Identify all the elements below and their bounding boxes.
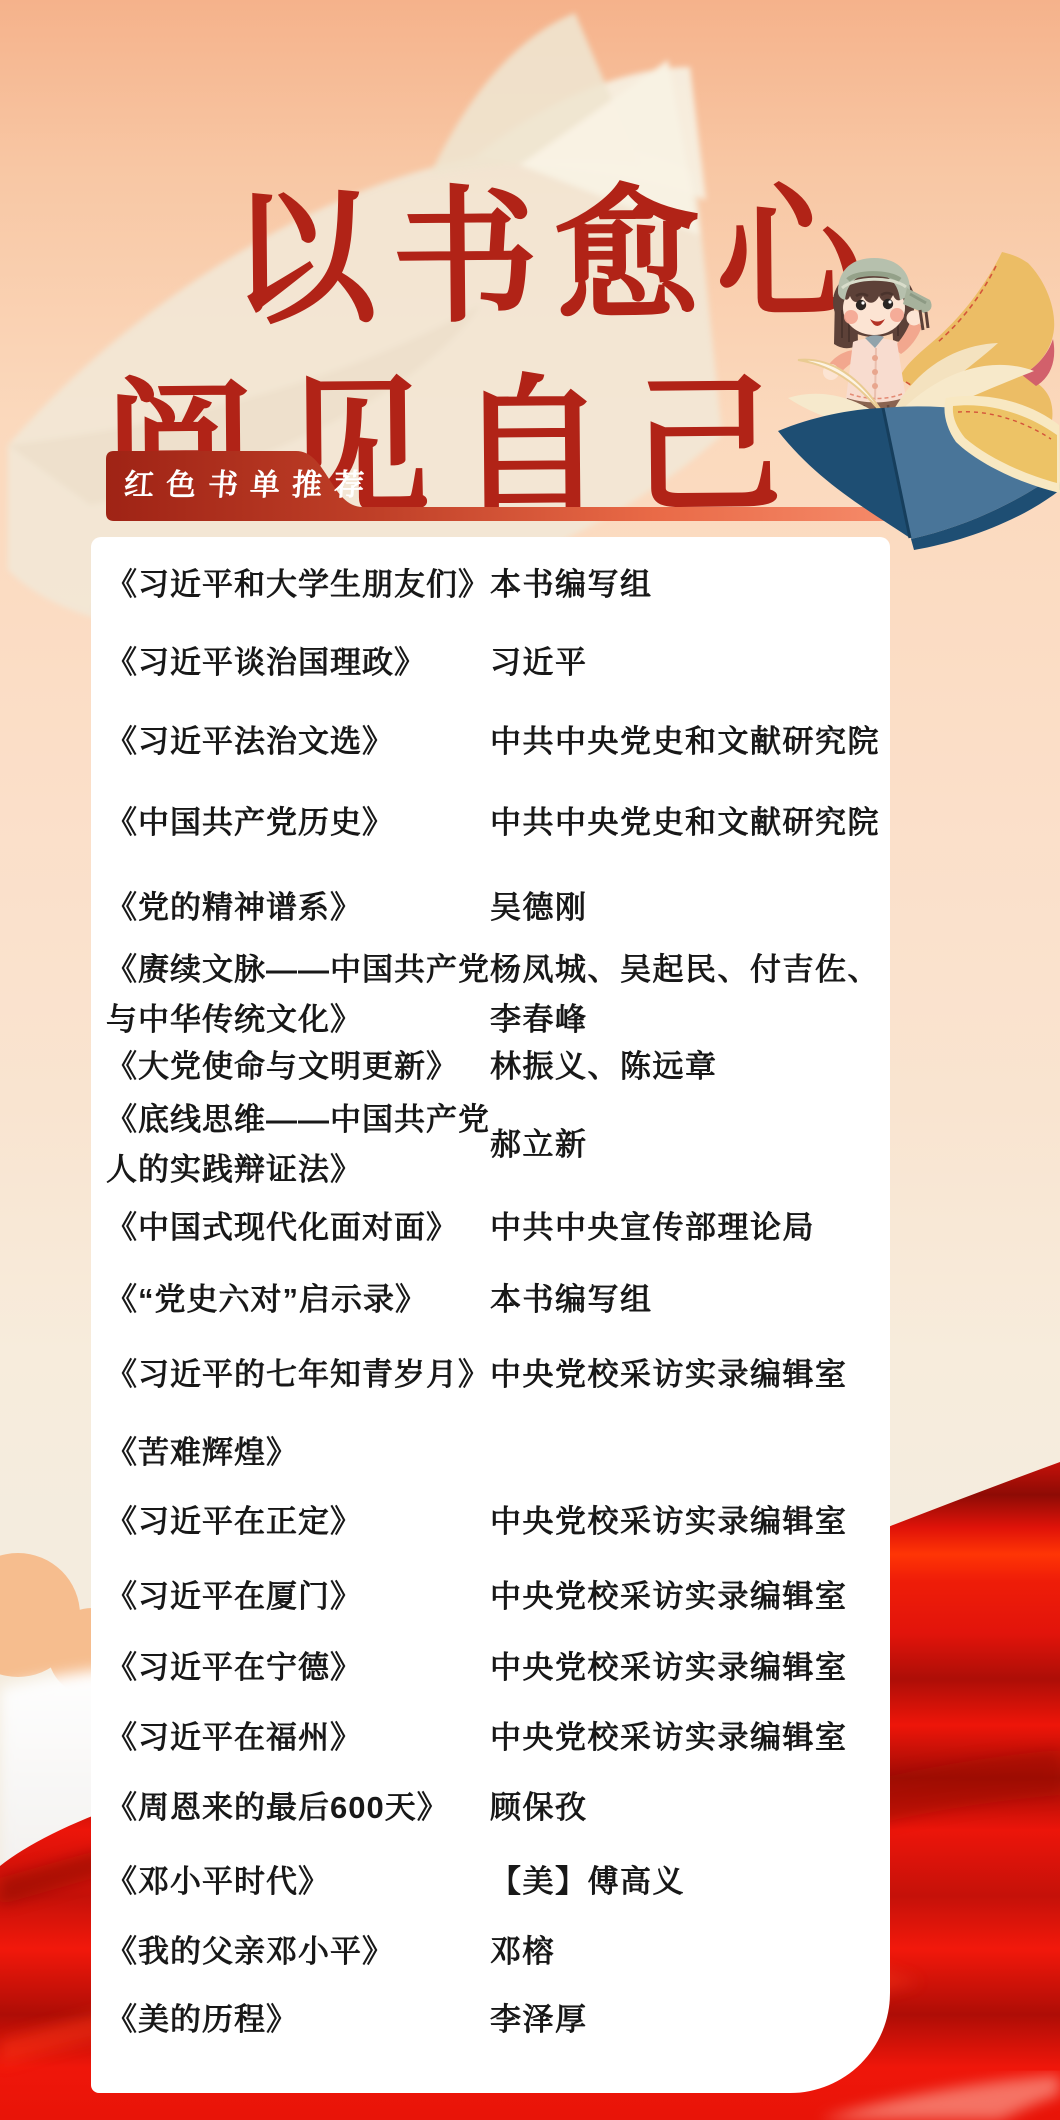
book-author: 中央党校采访实录编辑室 bbox=[490, 1350, 848, 1400]
book-author: 吴德刚 bbox=[490, 883, 588, 933]
book-author: 中共中央党史和文献研究院 bbox=[490, 798, 880, 848]
poster: 以书愈心 阅见自己 《习近平和大学生朋友们》本书编写组《习近平谈治国理政》习近平… bbox=[0, 0, 1060, 2120]
book-author: 顾保孜 bbox=[490, 1783, 588, 1833]
book-author: 杨凤城、吴起民、付吉佐、 李春峰 bbox=[490, 945, 880, 1045]
book-title: 《赓续文脉——中国共产党 与中华传统文化》 bbox=[106, 945, 490, 1045]
book-author: 中共中央党史和文献研究院 bbox=[490, 717, 880, 767]
book-title: 《底线思维——中国共产党 人的实践辩证法》 bbox=[106, 1095, 490, 1195]
book-author: 本书编写组 bbox=[490, 1275, 653, 1325]
yellow-cape-icon bbox=[899, 252, 1054, 479]
book-author: 李泽厚 bbox=[490, 1995, 588, 2045]
book-title: 《习近平谈治国理政》 bbox=[106, 638, 426, 688]
book-title: 《习近平和大学生朋友们》 bbox=[106, 560, 490, 610]
book-title: 《习近平在福州》 bbox=[106, 1713, 362, 1763]
book-author: 【美】傅高义 bbox=[490, 1857, 685, 1907]
book-title: 《周恩来的最后600天》 bbox=[106, 1783, 449, 1833]
book-title: 《习近平在宁德》 bbox=[106, 1643, 362, 1693]
book-list-card: 《习近平和大学生朋友们》本书编写组《习近平谈治国理政》习近平《习近平法治文选》中… bbox=[91, 537, 890, 2093]
book-title: 《中国共产党历史》 bbox=[106, 798, 394, 848]
book-author: 邓榕 bbox=[490, 1927, 555, 1977]
book-author: 中央党校采访实录编辑室 bbox=[490, 1713, 848, 1763]
book-title: 《习近平的七年知青岁月》 bbox=[106, 1350, 490, 1400]
book-title: 《美的历程》 bbox=[106, 1995, 298, 2045]
book-author: 林振义、陈远章 bbox=[490, 1042, 718, 1092]
book-title: 《大党使命与文明更新》 bbox=[106, 1042, 458, 1092]
book-title: 《习近平在厦门》 bbox=[106, 1572, 362, 1622]
poster-title-line1: 以书愈心 bbox=[229, 181, 878, 333]
book-author: 中央党校采访实录编辑室 bbox=[490, 1643, 848, 1693]
book-author: 本书编写组 bbox=[490, 560, 653, 610]
book-title: 《习近平法治文选》 bbox=[106, 717, 394, 767]
book-author: 中央党校采访实录编辑室 bbox=[490, 1497, 848, 1547]
book-rows: 《习近平和大学生朋友们》本书编写组《习近平谈治国理政》习近平《习近平法治文选》中… bbox=[91, 537, 890, 2093]
book-title: 《邓小平时代》 bbox=[106, 1857, 330, 1907]
book-title: 《中国式现代化面对面》 bbox=[106, 1203, 458, 1253]
book-author: 中央党校采访实录编辑室 bbox=[490, 1572, 848, 1622]
section-banner-label: 红色书单推荐 bbox=[122, 464, 377, 508]
yellow-page-wing-icon bbox=[944, 396, 1060, 493]
book-title: 《党的精神谱系》 bbox=[106, 883, 362, 933]
book-title: 《习近平在正定》 bbox=[106, 1497, 362, 1547]
book-author: 习近平 bbox=[490, 638, 588, 688]
book-title: 《“党史六对”启示录》 bbox=[106, 1275, 427, 1325]
book-title: 《苦难辉煌》 bbox=[106, 1428, 298, 1478]
book-author: 中共中央宣传部理论局 bbox=[490, 1203, 815, 1253]
book-author: 郝立新 bbox=[490, 1120, 588, 1170]
book-title: 《我的父亲邓小平》 bbox=[106, 1927, 394, 1977]
